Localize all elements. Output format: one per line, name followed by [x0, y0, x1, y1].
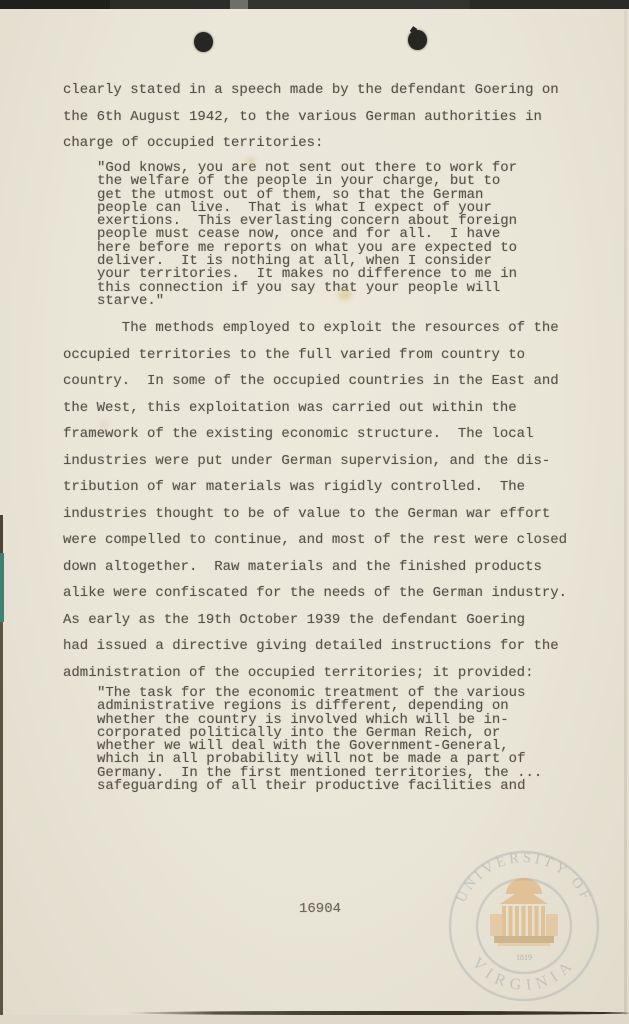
text-line: were compelled to continue, and most of … [63, 527, 567, 554]
university-of-virginia-watermark: UNIVERSITY OF VIRGINIA 1819 [446, 848, 602, 1004]
scan-edge-segment [470, 0, 629, 9]
paper-stain [246, 157, 256, 165]
text-line: administration of the occupied territori… [63, 660, 567, 687]
paragraph-speech-intro: clearly stated in a speech made by the d… [63, 77, 559, 157]
paragraph-exploitation-methods: The methods employed to exploit the reso… [63, 315, 567, 686]
text-line: the West, this exploitation was carried … [63, 395, 567, 422]
quote-economic-directive: "The task for the economic treatment of … [97, 687, 542, 793]
text-line: clearly stated in a speech made by the d… [63, 77, 559, 104]
scan-edge-segment [248, 0, 470, 9]
text-line: alike were confiscated for the needs of … [63, 580, 567, 607]
punch-hole-left [194, 32, 213, 52]
text-line: framework of the existing economic struc… [63, 421, 567, 448]
text-line: country. In some of the occupied countri… [63, 368, 567, 395]
scan-edge-left [0, 515, 3, 553]
rotunda-icon [490, 878, 558, 946]
text-line: starve." [97, 295, 517, 308]
text-line: industries thought to be of value to the… [63, 501, 567, 528]
quote-goering-speech: "God knows, you are not sent out there t… [97, 162, 517, 308]
text-line: down altogether. Raw materials and the f… [63, 554, 567, 581]
text-line: tribution of war materials was rigidly c… [63, 474, 567, 501]
scanned-document-page: clearly stated in a speech made by the d… [0, 0, 629, 1024]
text-line: The methods employed to exploit the reso… [63, 315, 567, 342]
scan-edge-left [0, 622, 3, 1024]
text-line: safeguarding of all their productive fac… [97, 780, 542, 793]
scan-edge-segment [230, 0, 248, 9]
text-line: had issued a directive giving detailed i… [63, 633, 567, 660]
scan-edge-bottom [0, 1015, 629, 1024]
text-line: charge of occupied territories: [63, 130, 559, 157]
scan-edge-right [624, 10, 627, 1024]
scan-edge-left-teal [0, 553, 4, 622]
scan-edge-segment [0, 0, 110, 9]
paper-stain [338, 290, 352, 300]
paper-stain [100, 420, 108, 428]
text-line: industries were put under German supervi… [63, 448, 567, 475]
text-line: As early as the 19th October 1939 the de… [63, 607, 567, 634]
seal-year: 1819 [516, 953, 532, 962]
punch-hole-right [408, 30, 427, 50]
scan-edge-top [0, 0, 629, 9]
text-line: occupied territories to the full varied … [63, 342, 567, 369]
page-number: 16904 [299, 896, 341, 923]
text-line: the 6th August 1942, to the various Germ… [63, 104, 559, 131]
